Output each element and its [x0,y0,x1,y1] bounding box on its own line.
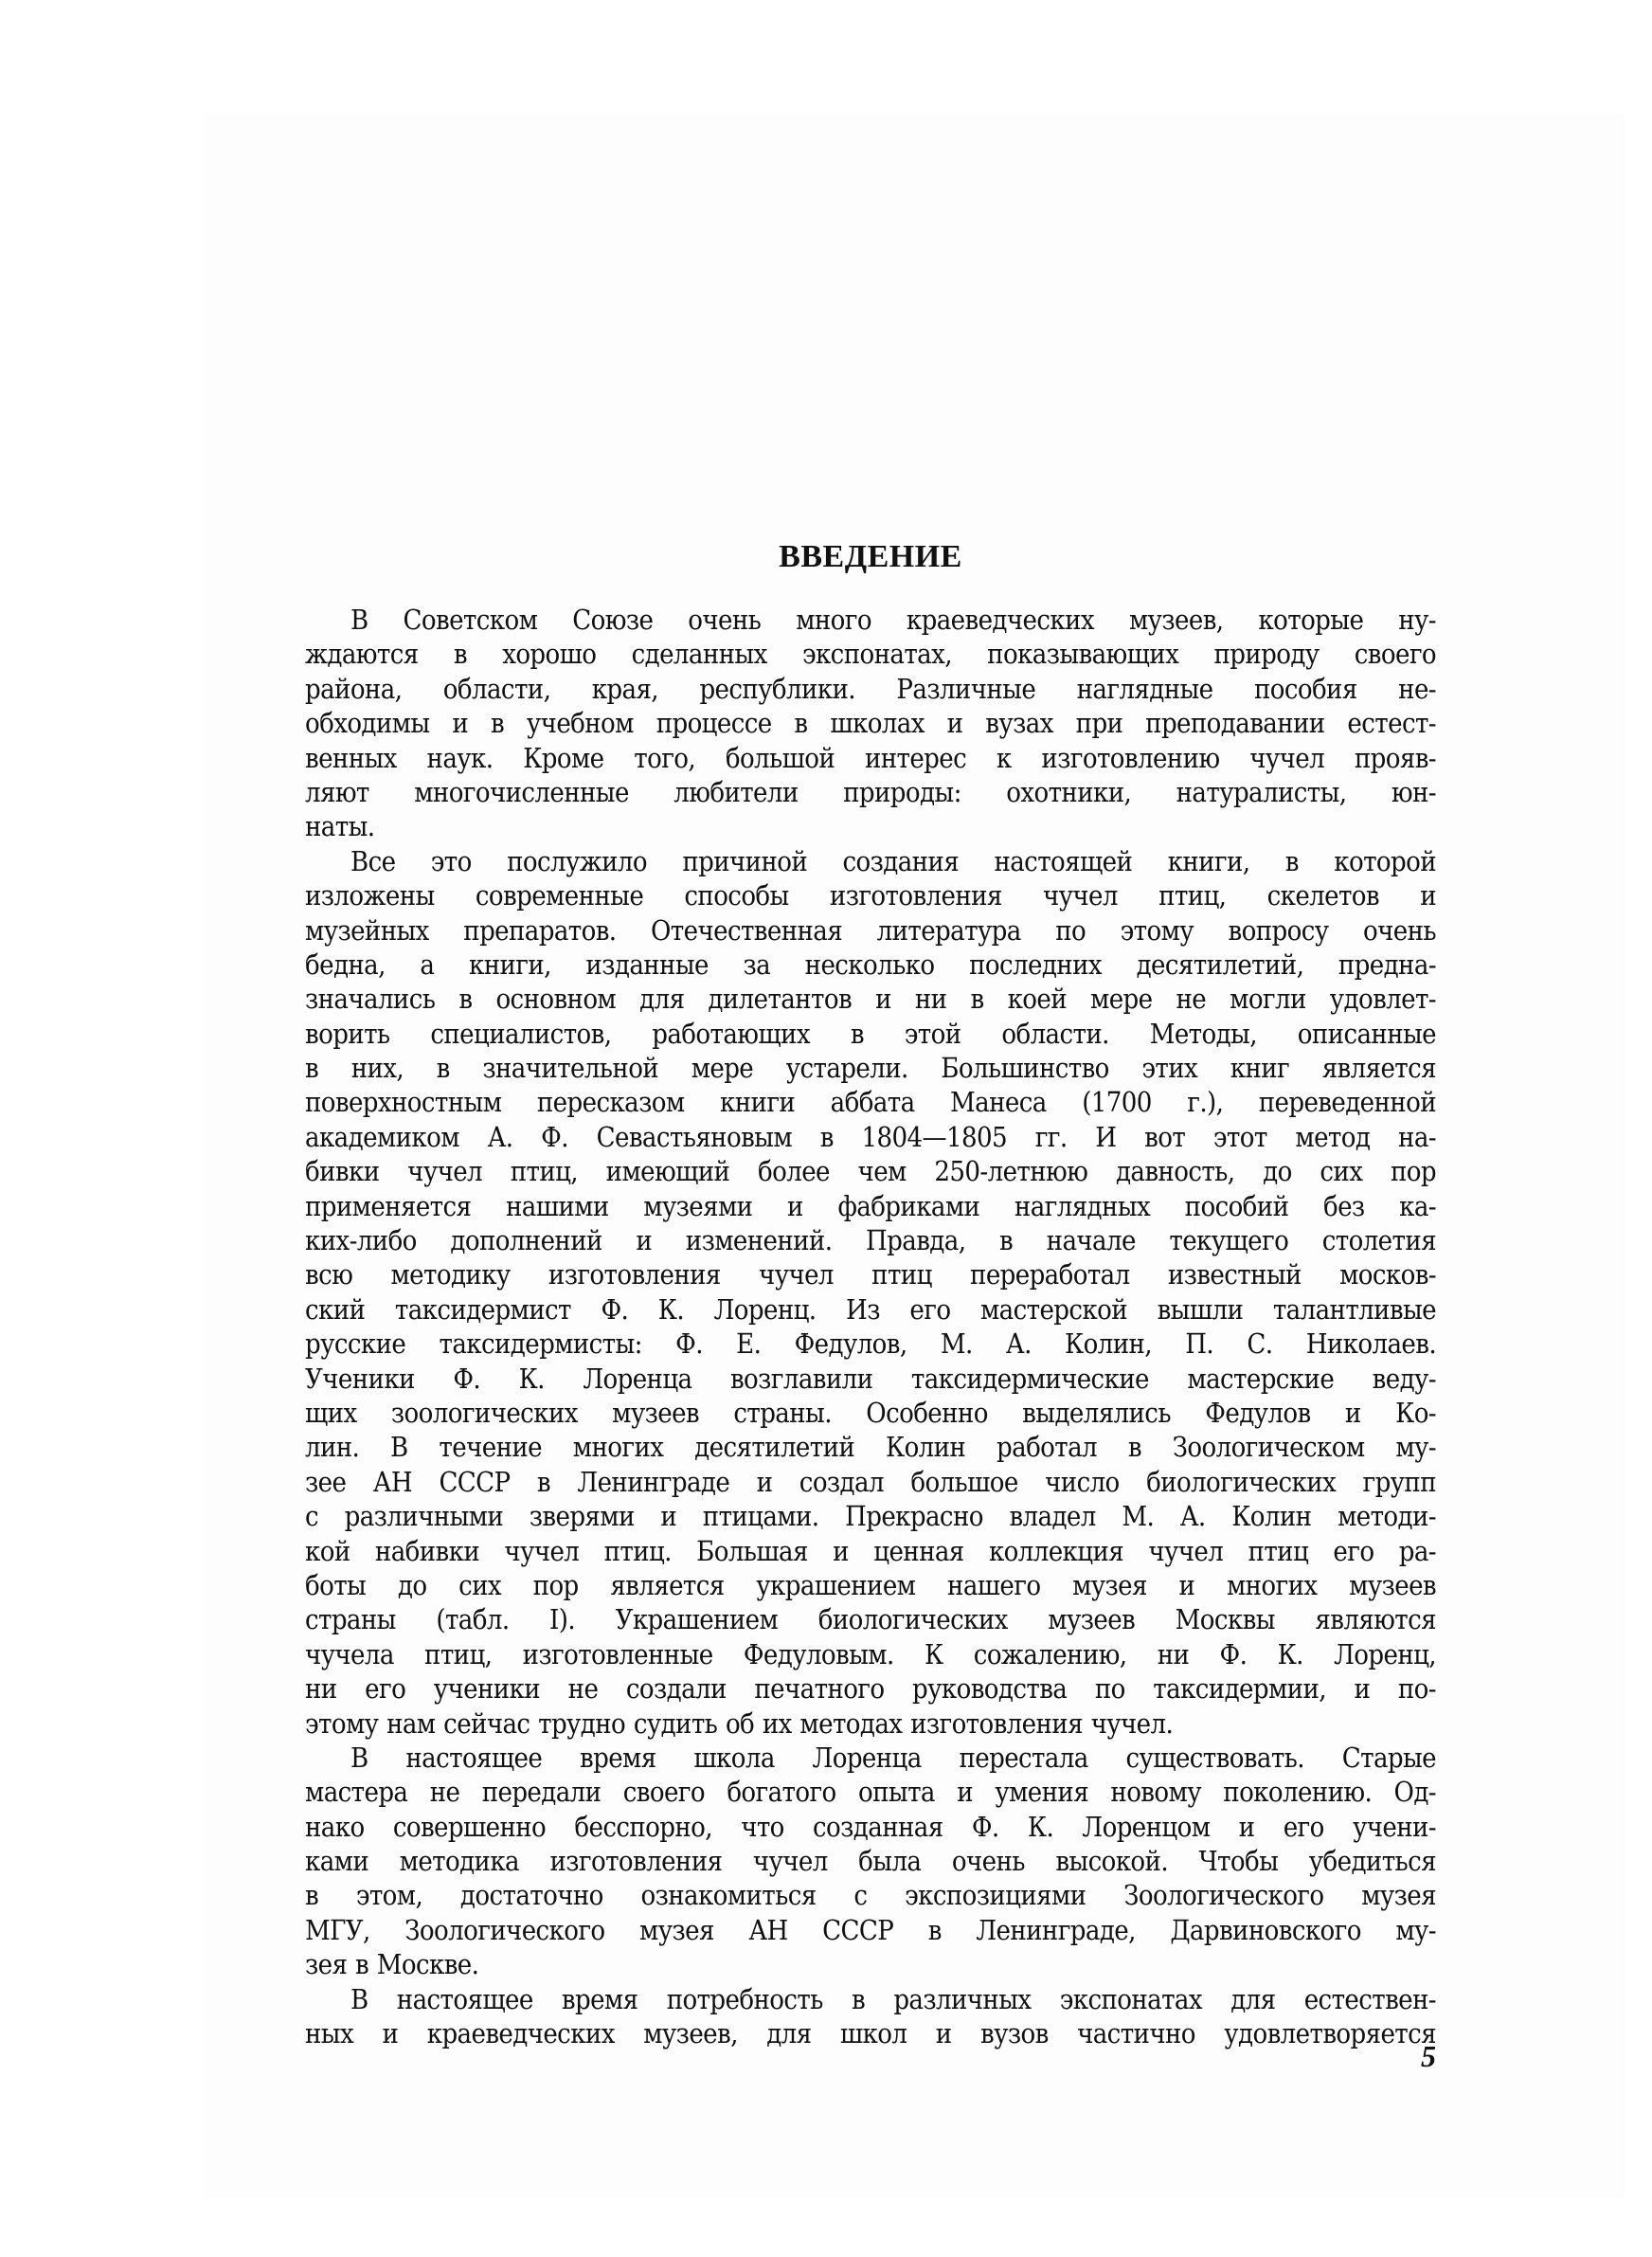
text-line: страны (табл. I). Украшением биологическ… [305,1602,1436,1636]
text-line: всю методику изготовления чучел птиц пер… [305,1257,1436,1291]
text-line: в них, в значительной мере устарели. Бол… [305,1051,1436,1085]
text-line: ни его ученики не создали печатного руко… [305,1671,1436,1706]
text-line: кой набивки чучел птиц. Большая и ценная… [305,1534,1436,1568]
body-text: В Советском Союзе очень много краеведчес… [305,603,1436,2050]
text-line: зея в Москве. [305,1947,1436,1981]
text-line: ляют многочисленные любители природы: ох… [305,775,1436,809]
text-line: русские таксидермисты: Ф. Е. Федулов, М.… [305,1327,1436,1361]
text-line: ками методика изготовления чучел была оч… [305,1844,1436,1878]
text-line: ждаются в хорошо сделанных экспонатах, п… [305,637,1436,671]
text-line: района, области, края, республики. Разли… [305,672,1436,706]
text-line: бедна, а книги, изданные за несколько по… [305,948,1436,982]
text-line: щих зоологических музеев страны. Особенн… [305,1396,1436,1430]
text-line: венных наук. Кроме того, большой интерес… [305,741,1436,775]
text-line: с различными зверями и птицами. Прекрасн… [305,1499,1436,1533]
text-line: изложены современные способы изготовлени… [305,878,1436,912]
text-line: поверхностным пересказом книги аббата Ма… [305,1085,1436,1119]
paragraph: В настоящее время потребность в различны… [305,1982,1436,2051]
page-number: 5 [1415,2037,1436,2075]
text-line: значались в основном для дилетантов и ни… [305,982,1436,1016]
text-line: обходимы и в учебном процессе в школах и… [305,706,1436,740]
paragraph: В Советском Союзе очень много краеведчес… [305,603,1436,844]
text-line: мастера не передали своего богатого опыт… [305,1775,1436,1809]
text-line: Все это послужило причиной создания наст… [305,844,1436,878]
text-line: ский таксидермист Ф. К. Лоренц. Из его м… [305,1292,1436,1327]
paragraph: Все это послужило причиной создания наст… [305,844,1436,1741]
text-line: применяется нашими музеями и фабриками н… [305,1189,1436,1223]
paragraph: В настоящее время школа Лоренца перестал… [305,1741,1436,1982]
text-line: ких-либо дополнений и изменений. Правда,… [305,1223,1436,1257]
text-line: лин. В течение многих десятилетий Колин … [305,1430,1436,1464]
text-line: бивки чучел птиц, имеющий более чем 250-… [305,1154,1436,1188]
text-line: В настоящее время школа Лоренца перестал… [305,1741,1436,1775]
text-line: нако совершенно бесспорно, что созданная… [305,1810,1436,1844]
text-line: боты до сих пор является украшением наше… [305,1568,1436,1602]
text-line: музейных препаратов. Отечественная литер… [305,913,1436,948]
text-line: чучела птиц, изготовленные Федуловым. К … [305,1637,1436,1671]
text-line: В Советском Союзе очень много краеведчес… [305,603,1436,637]
text-line: этому нам сейчас трудно судить об их мет… [305,1706,1436,1741]
text-line: Ученики Ф. К. Лоренца возглавили таксиде… [305,1362,1436,1396]
text-line: наты. [305,809,1436,843]
text-line: ных и краеведческих музеев, для школ и в… [305,2016,1436,2050]
text-line: МГУ, Зоологического музея АН СССР в Лени… [305,1913,1436,1947]
chapter-title: ВВЕДЕНИЕ [305,538,1436,576]
text-line: в этом, достаточно ознакомиться с экспоз… [305,1878,1436,1912]
text-line: ворить специалистов, работающих в этой о… [305,1017,1436,1051]
text-line: В настоящее время потребность в различны… [305,1982,1436,2016]
text-line: академиком А. Ф. Севастьяновым в 1804—18… [305,1120,1436,1154]
text-line: зее АН СССР в Ленинграде и создал большо… [305,1465,1436,1499]
